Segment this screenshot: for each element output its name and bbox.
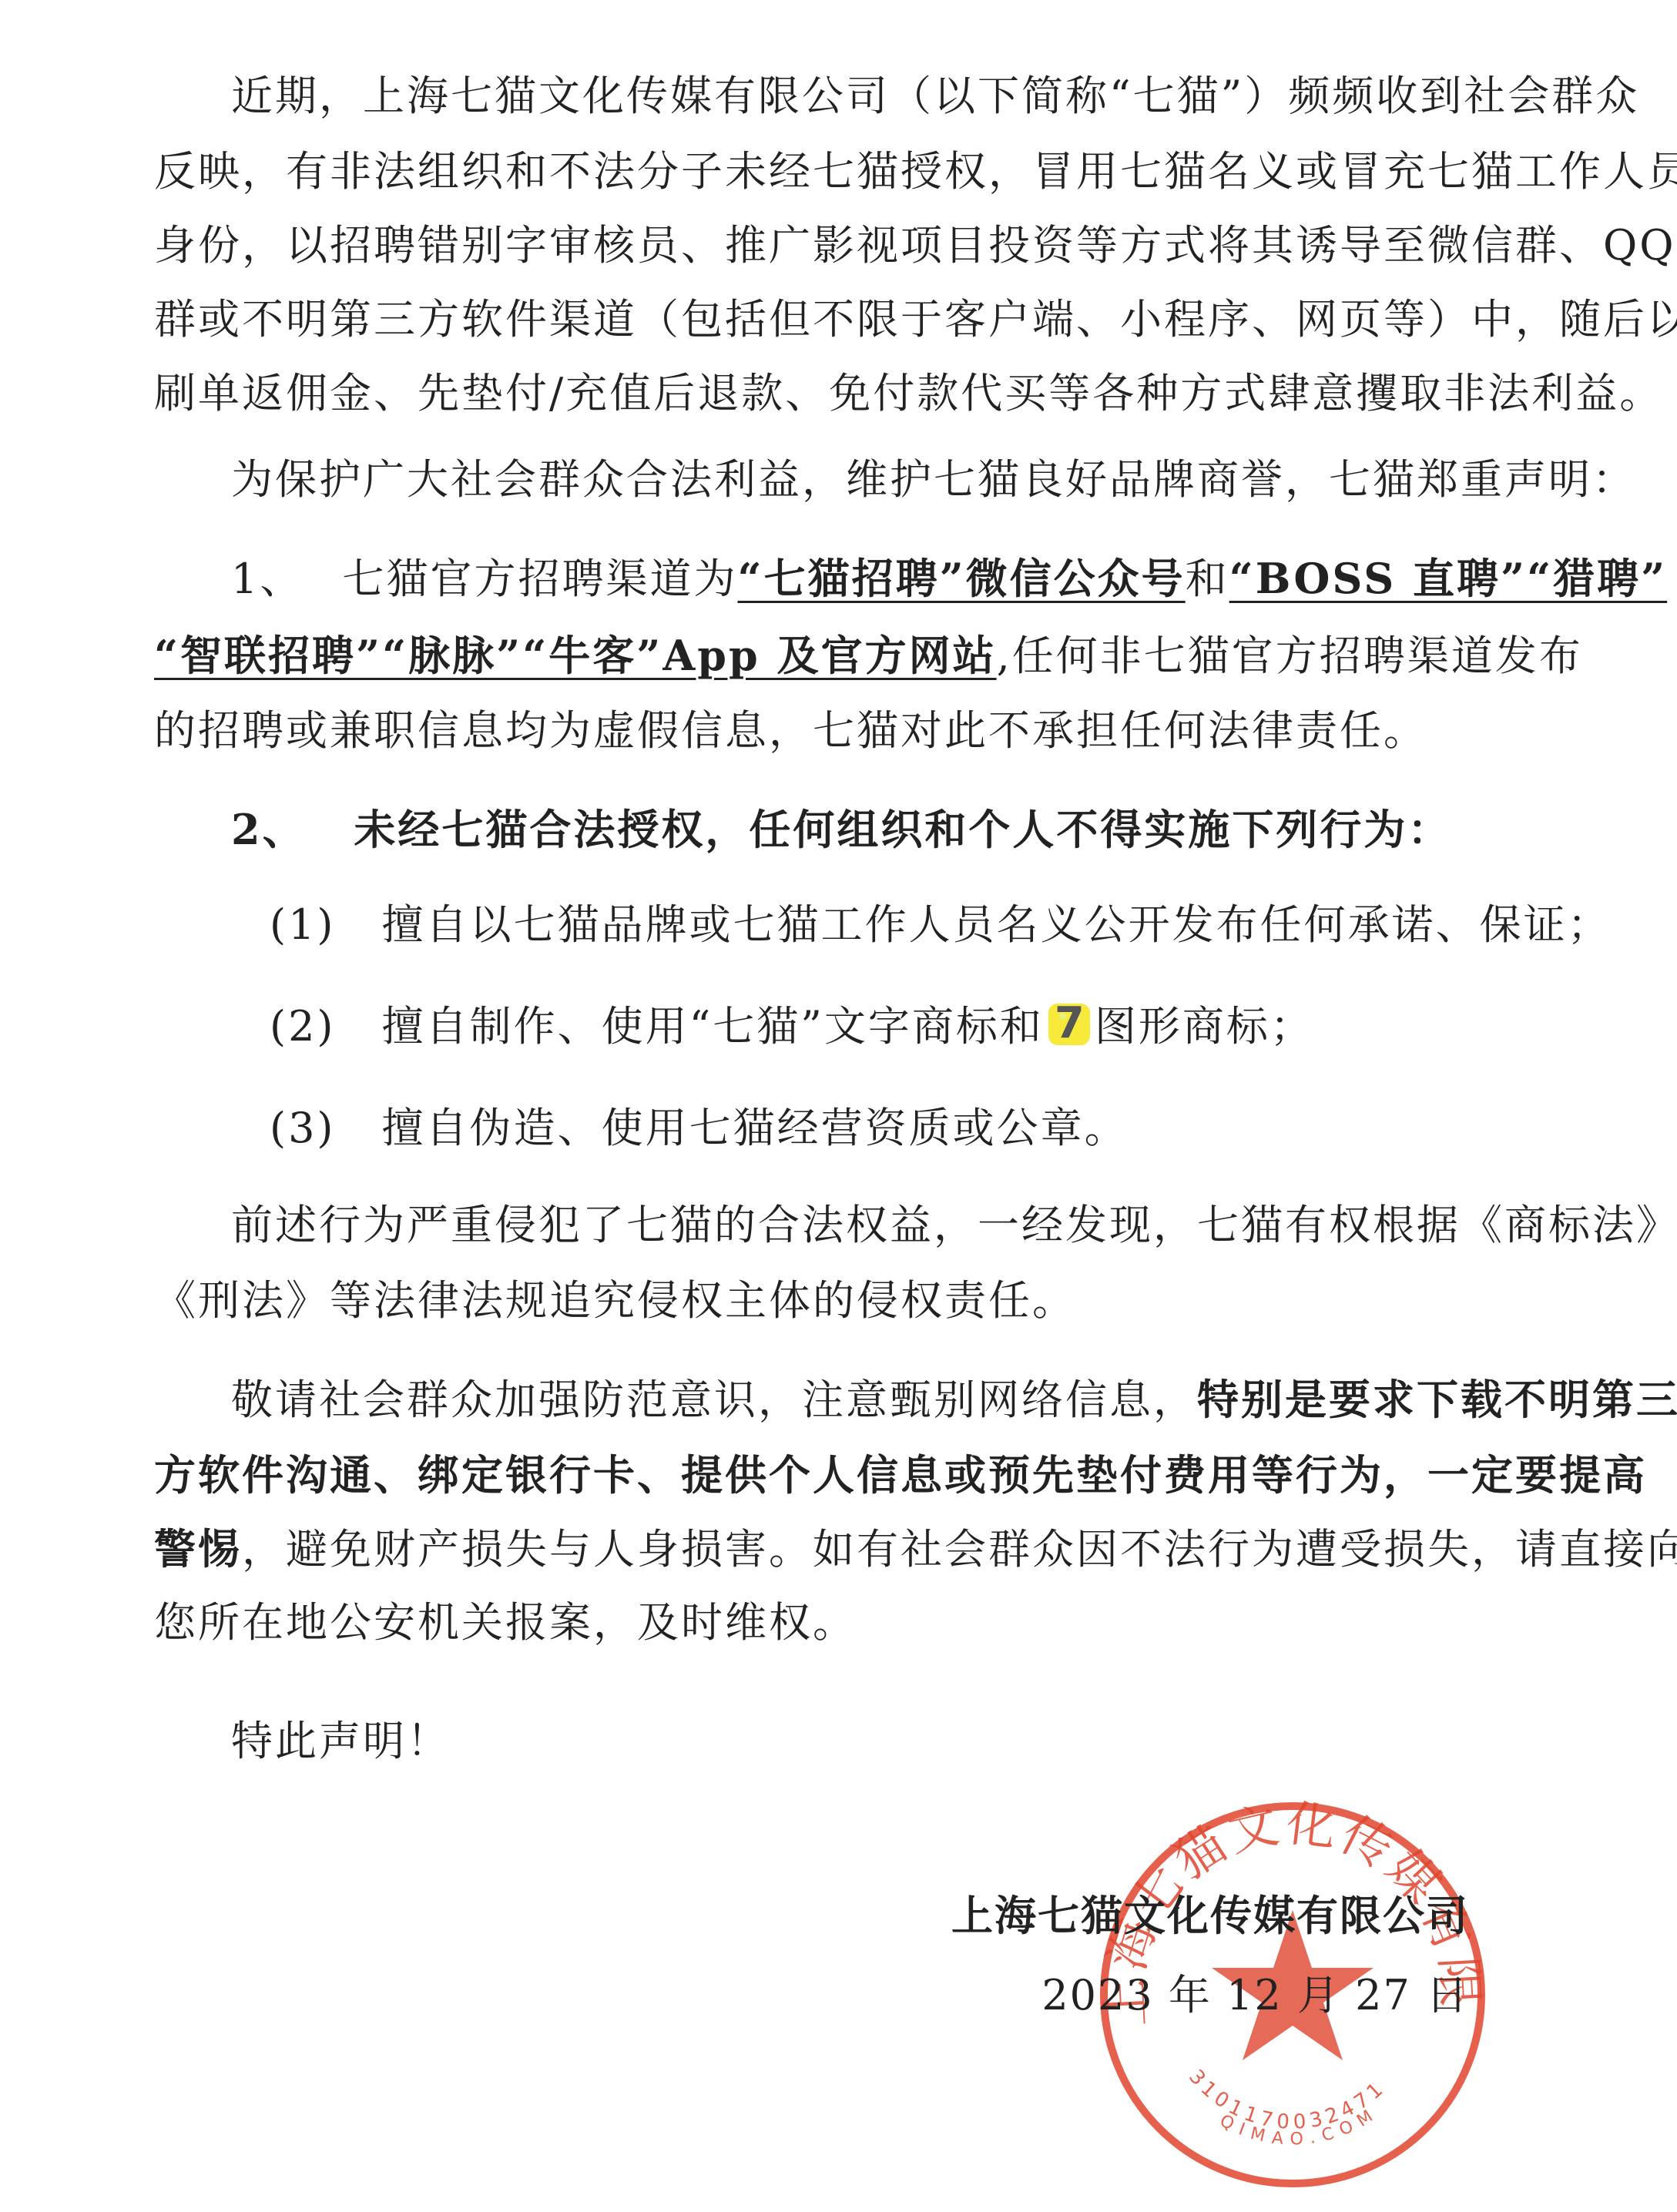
para4-line4: 您所在地公安机关报案，及时维权。 <box>154 1597 1533 1648</box>
item2-sub1: (1) 擅自以七猫品牌或七猫工作人员名义公开发布任何承诺、保证； <box>270 900 1648 950</box>
signature-date: 2023 年 12 月 27 日 <box>1041 1962 1469 2022</box>
item1-line2: “智联招聘”“脉脉”“牛客”App 及官方网站,任何非七猫官方招聘渠道发布 <box>154 630 1533 682</box>
item1-wechat-channel: “七猫招聘”微信公众号 <box>738 554 1186 603</box>
sub1-text: 擅自以七猫品牌或七猫工作人员名义公开发布任何承诺、保证； <box>382 900 1612 949</box>
qimao-cat-logo-icon: 7 <box>1048 1004 1090 1045</box>
item1-line1: 1、 七猫官方招聘渠道为“七猫招聘”微信公众号和“BOSS 直聘”“猎聘” <box>231 553 1610 605</box>
para4-l1b: 特别是要求下载不明第三 <box>1197 1375 1677 1424</box>
para4-line3: 警惕，避免财产损失与人身损害。如有社会群众因不法行为遭受损失，请直接向 <box>154 1523 1533 1575</box>
sub3-number: (3) <box>270 1104 336 1152</box>
para4-l1a: 敬请社会群众加强防范意识，注意甄别网络信息， <box>231 1376 1197 1424</box>
para1-line5: 刷单返佣金、先垫付/充值后退款、免付款代买等各种方式肆意攫取非法利益。 <box>154 368 1533 419</box>
para3-line2: 《刑法》等法律法规追究侵权主体的侵权责任。 <box>154 1275 1533 1326</box>
para1-line2: 反映，有非法组织和不法分子未经七猫授权，冒用七猫名义或冒充七猫工作人员 <box>154 146 1533 197</box>
sub2-text-b: 图形商标； <box>1095 1002 1314 1051</box>
para1-line4: 群或不明第三方软件渠道（包括但不限于客户端、小程序、网页等）中，随后以 <box>154 294 1533 345</box>
closing: 特此声明！ <box>231 1716 1610 1767</box>
item2-sub2: (2) 擅自制作、使用“七猫”文字商标和7图形商标； <box>270 1001 1648 1052</box>
statement-page: 近期，上海七猫文化传媒有限公司（以下简称“七猫”）频频收到社会群众 反映，有非法… <box>0 0 1677 2212</box>
signature-company: 上海七猫文化传媒有限公司 <box>951 1883 1469 1942</box>
sub3-text: 擅自伪造、使用七猫经营资质或公章。 <box>382 1104 1129 1152</box>
item1-line3: 的招聘或兼职信息均为虚假信息，七猫对此不承担任何法律责任。 <box>154 705 1533 756</box>
item1-boss-liepin: “BOSS 直聘”“猎聘” <box>1229 554 1668 603</box>
item2-sub3: (3) 擅自伪造、使用七猫经营资质或公章。 <box>270 1103 1648 1154</box>
para4-line2: 方软件沟通、绑定银行卡、提供个人信息或预先垫付费用等行为，一定要提高 <box>154 1450 1533 1500</box>
para4-l3a: 警惕 <box>154 1524 242 1574</box>
para1-line1: 近期，上海七猫文化传媒有限公司（以下简称“七猫”）频频收到社会群众 <box>231 71 1479 122</box>
sub2-text-a: 擅自制作、使用“七猫”文字商标和 <box>382 1002 1044 1051</box>
para4-l3b: ，避免财产损失与人身损害。如有社会群众因不法行为遭受损失，请直接向 <box>242 1525 1677 1574</box>
sub2-number: (2) <box>270 1002 336 1051</box>
para2: 为保护广大社会群众合法利益，维护七猫良好品牌商誉，七猫郑重声明： <box>231 454 1610 505</box>
para4-line1: 敬请社会群众加强防范意识，注意甄别网络信息，特别是要求下载不明第三 <box>231 1374 1610 1426</box>
sub1-number: (1) <box>270 900 336 949</box>
item2-line: 2、 未经七猫合法授权，任何组织和个人不得实施下列行为： <box>231 804 1610 855</box>
item1-number: 1、 <box>231 555 304 603</box>
item2-text: 未经七猫合法授权，任何组织和个人不得实施下列行为： <box>354 805 1451 854</box>
item1-lead: 七猫官方招聘渠道为 <box>343 555 738 603</box>
item1-and: 和 <box>1186 555 1229 603</box>
item1-rest: ,任何非七猫官方招聘渠道发布 <box>997 632 1583 680</box>
item2-number: 2、 <box>231 805 307 854</box>
para1-line3: 身份，以招聘错别字审核员、推广影视项目投资等方式将其诱导至微信群、QQ <box>154 220 1533 271</box>
para3-line1: 前述行为严重侵犯了七猫的合法权益，一经发现，七猫有权根据《商标法》 <box>231 1200 1479 1251</box>
item1-apps-channels: “智联招聘”“脉脉”“牛客”App 及官方网站 <box>154 631 997 680</box>
